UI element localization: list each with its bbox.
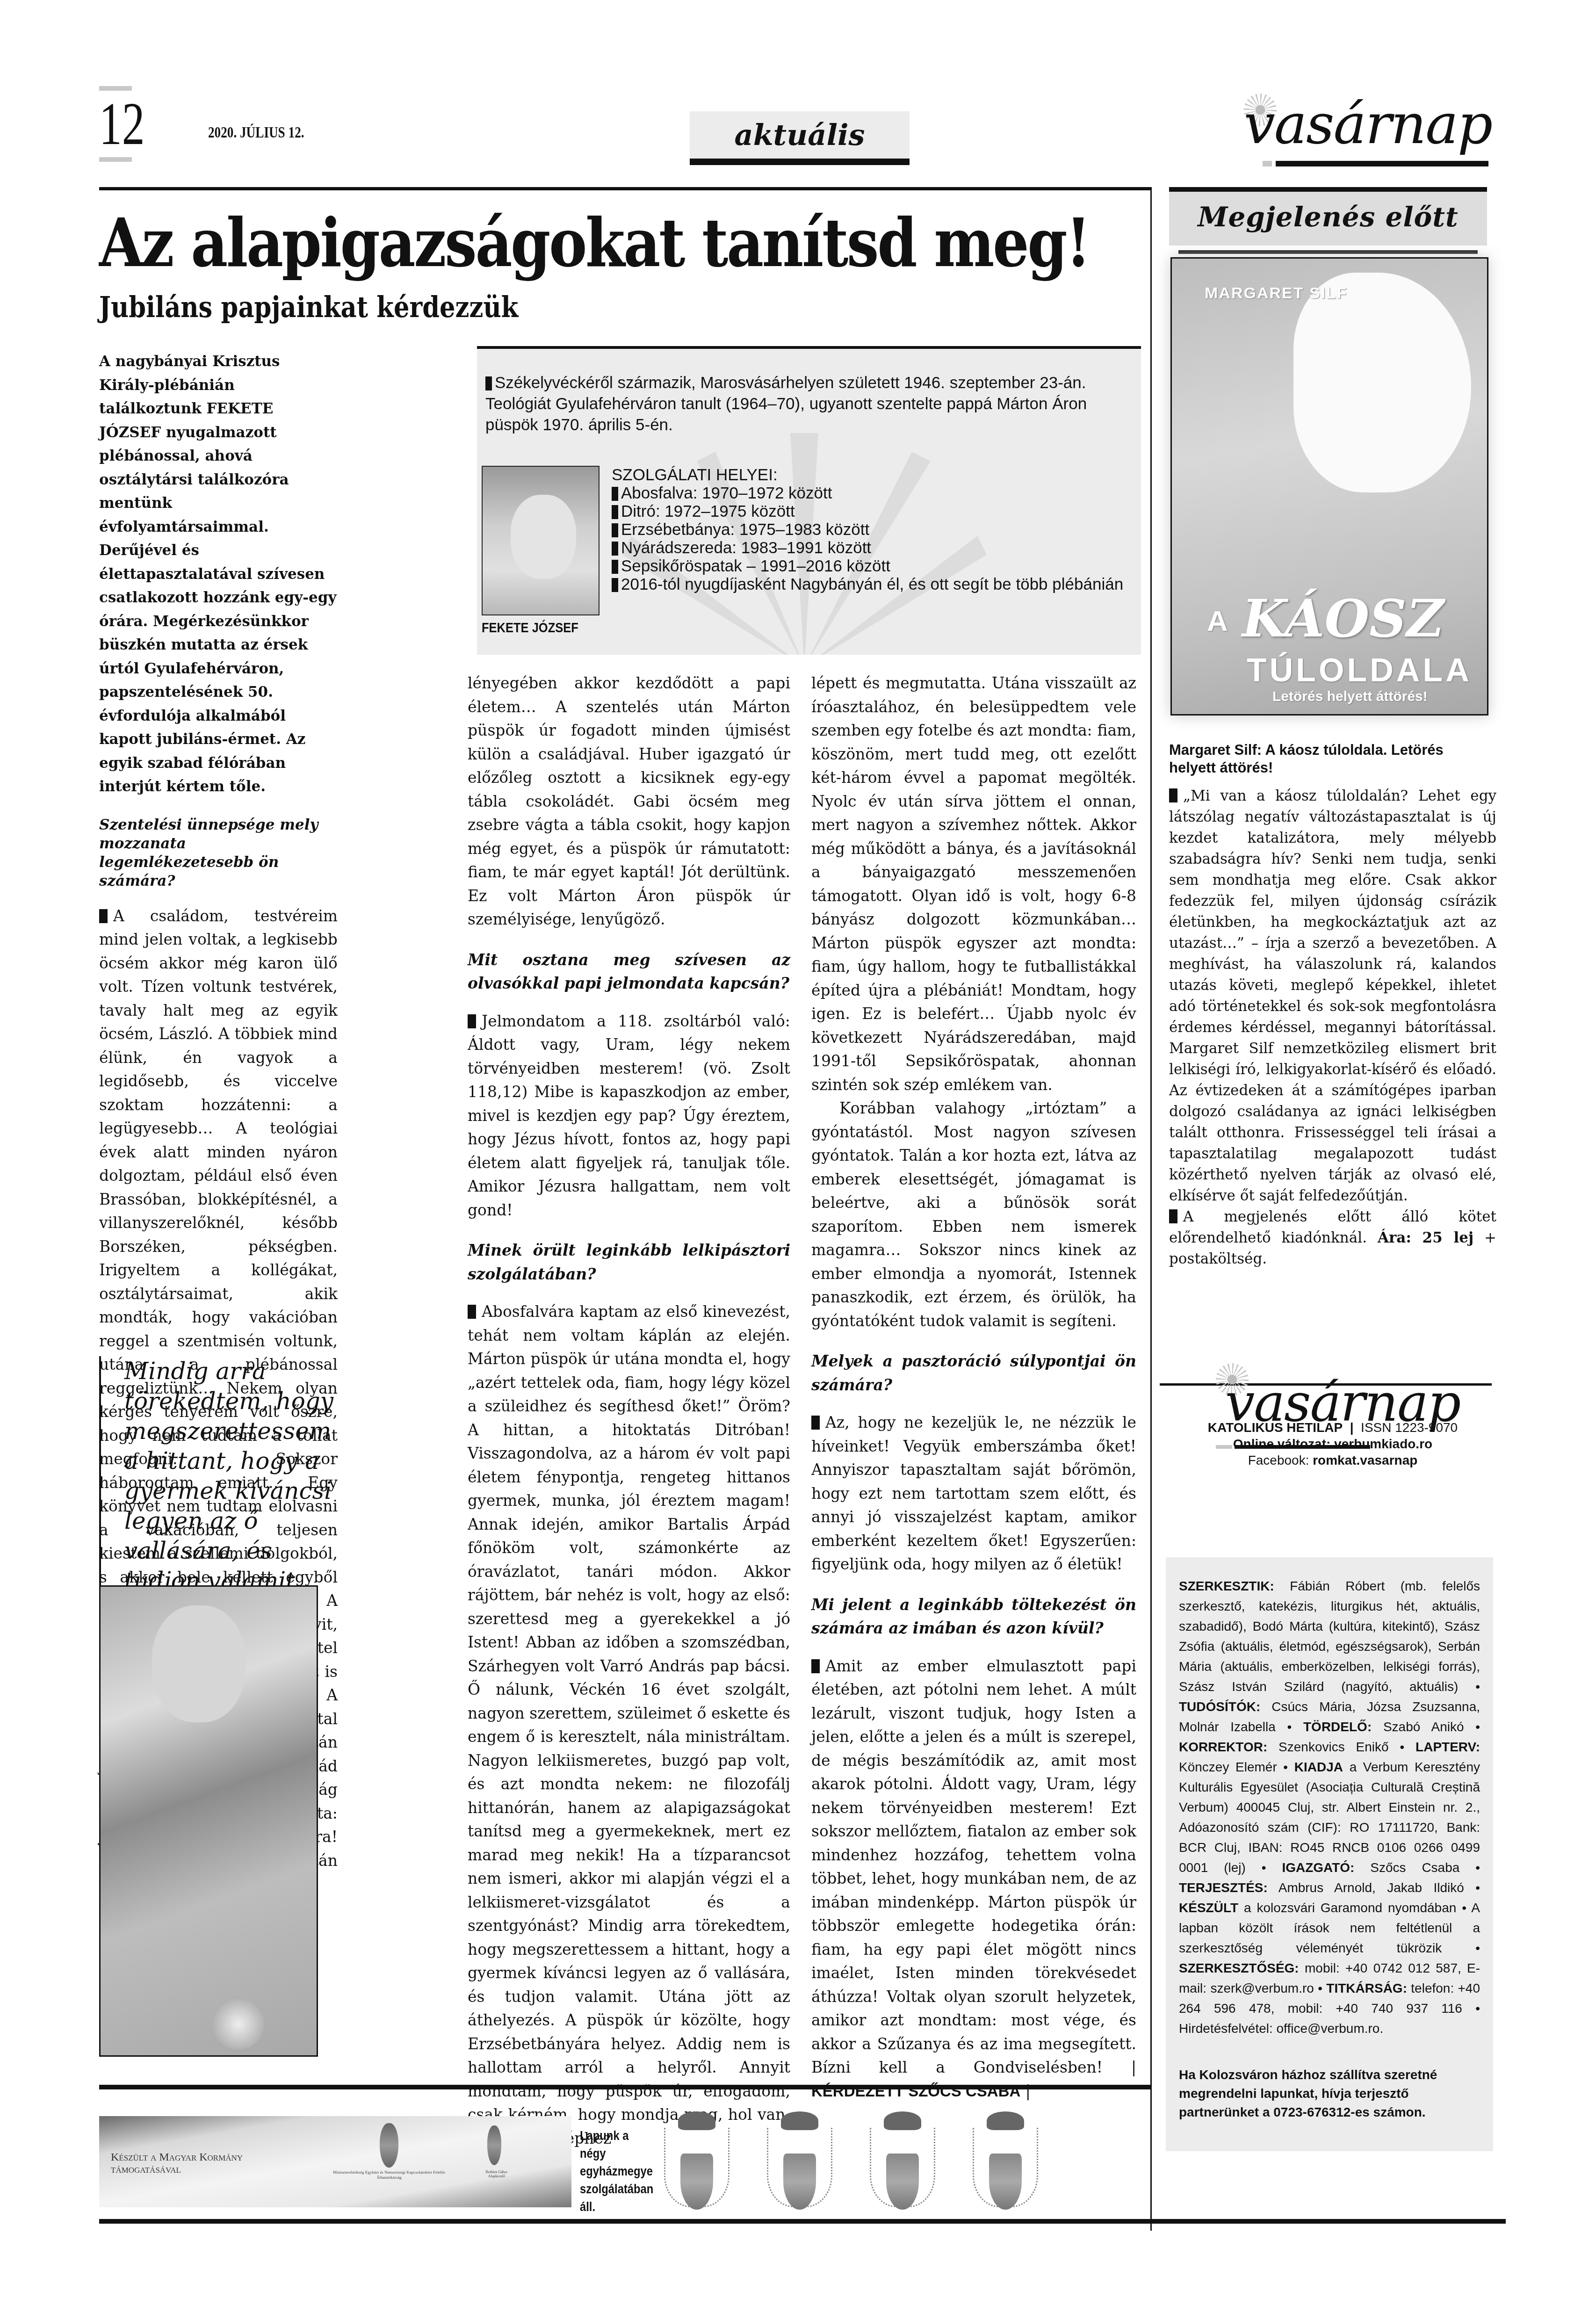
question-1: Szentelési ünnepsége mely mozzanata lege…	[99, 816, 338, 890]
service-places-list: SZOLGÁLATI HELYEI: Abosfalva: 1970–1972 …	[612, 466, 1135, 593]
book-description-text: „Mi van a káosz túloldalán? Lehet egy lá…	[1169, 788, 1496, 1204]
portrait-caption: FEKETE JÓZSEF	[482, 620, 578, 636]
bio-intro-text: Székelyvéckéről származik, Marosvásárhel…	[485, 374, 1087, 434]
page-number: 12	[99, 94, 145, 154]
photo-medal	[213, 1998, 264, 2050]
article-headline: Az alapigazságokat tanítsd meg!	[99, 206, 1089, 281]
facebook-line: Facebook: romkat.vasarnap	[1160, 1452, 1506, 1468]
book-title: Margaret Silf: A káosz túloldala. Letöré…	[1169, 741, 1492, 777]
service-place-item: Ditró: 1972–1975 között	[612, 502, 1135, 520]
portrait-photo	[482, 466, 599, 615]
government-support-text: Készült a Magyar Kormány támogatásával	[111, 2151, 251, 2175]
article-subhead: Jubiláns papjainkat kérdezzük	[99, 290, 518, 324]
question-3: Minek örült leginkább lelkipásztori szol…	[468, 1239, 790, 1286]
answer-5: Amit az ember elmulasztott papi életében…	[811, 1655, 1136, 2103]
section-label: aktuális	[690, 111, 910, 165]
imprint-box: SZERKESZTIK: Fábián Róbert (mb. felelős …	[1166, 1557, 1493, 2151]
paragraph-marker-icon	[485, 376, 492, 390]
newspaper-logo: vasárnap	[1244, 96, 1492, 152]
government-support-banner: Készült a Magyar Kormány támogatásával M…	[99, 2116, 571, 2207]
service-place-item: Sepsikőröspatak – 1991–2016 között	[612, 557, 1135, 575]
coat-of-arms-icon	[973, 2111, 1038, 2219]
bio-box: Székelyvéckéről származik, Marosvásárhel…	[477, 346, 1141, 655]
online-url-link[interactable]: verbumkiado.ro	[1334, 1437, 1432, 1451]
bethlen-logo-icon	[487, 2125, 501, 2165]
book-cover-image: MARGARET SILF A KÁOSZ TÚLOLDALA Letörés …	[1170, 257, 1488, 716]
service-places-title: SZOLGÁLATI HELYEI:	[612, 466, 1135, 484]
bethlen-text: Bethlen Gábor Alapkezelő	[478, 2170, 515, 2178]
pull-quote: Mindig arra törekedtem, hogy megszerette…	[99, 1356, 352, 1596]
coat-of-arms-icon	[664, 2111, 729, 2219]
section-label-text: aktuális	[734, 118, 865, 152]
footer-divider-top	[99, 2085, 1151, 2089]
header-deco-bar-bottom	[99, 157, 132, 162]
answer-4-text: Az, hogy ne kezeljük le, ne nézzük le hí…	[811, 1413, 1136, 1573]
article-column-2: lényegében akkor kezdődött a papi életem…	[468, 672, 790, 2150]
logo-underline	[1276, 161, 1488, 166]
question-5: Mi jelent a leginkább töltekezést ön szá…	[811, 1593, 1136, 1641]
ministry-text: Miniszterelnökség Egyházi és Nemzetiségi…	[324, 2170, 455, 2180]
service-place-item: 2016-tól nyugdíjasként Nagybányán él, és…	[612, 575, 1135, 593]
footer-divider-bottom	[99, 2219, 1506, 2224]
paragraph-marker-icon	[811, 1416, 820, 1430]
cover-title-a: A	[1207, 605, 1228, 638]
paragraph-marker-icon	[99, 909, 108, 923]
hungary-crest-icon	[380, 2123, 398, 2168]
photo-subject-face	[152, 1605, 246, 1722]
column-divider	[1150, 187, 1152, 2231]
answer-3-continued: lépett és megmutatta. Utána visszaült az…	[811, 672, 1136, 1097]
service-place-item: Erzsébetbánya: 1975–1983 között	[612, 520, 1135, 539]
logo-underline-grey	[1263, 161, 1272, 166]
answer-5-text: Amit az ember elmulasztott papi életében…	[811, 1657, 1136, 2077]
masthead-info: KATOLIKUS HETILAP | ISSN 1223-9070 Onlin…	[1160, 1419, 1506, 1468]
question-2: Mit osztana meg szívesen az olvasókkal p…	[468, 948, 790, 996]
sidebar-heading: Megjelenés előtt	[1169, 201, 1487, 233]
cover-author: MARGARET SILF	[1205, 284, 1348, 303]
price: Ára: 25 lej	[1378, 1229, 1473, 1246]
question-4: Melyek a pasztoráció súlypontjai ön szám…	[811, 1350, 1136, 1397]
answer-1-continued: lényegében akkor kezdődött a papi életem…	[468, 672, 790, 932]
sidebar-heading-underline	[1178, 250, 1478, 254]
delivery-note: Ha Kolozsváron házhoz szállítva szeretné…	[1179, 2066, 1480, 2122]
service-place-item: Abosfalva: 1970–1972 között	[612, 484, 1135, 502]
cover-title-kaosz: KÁOSZ	[1242, 588, 1444, 649]
paragraph-marker-icon	[468, 1014, 476, 1028]
answer-3-text: Abosfalvára kaptam az első kinevezést, t…	[468, 1302, 790, 2147]
article-column-3: lépett és megmutatta. Utána visszaült az…	[811, 672, 1136, 2103]
online-line: Online változat: verbumkiado.ro	[1160, 1436, 1506, 1452]
answer-2: Jelmondatom a 118. zsoltárból való: Áldo…	[468, 1010, 790, 1222]
article-lead: A nagybányai Krisztus Király-plébánián t…	[99, 350, 338, 799]
portrait-face	[511, 495, 576, 579]
coat-of-arms-icon	[767, 2111, 832, 2219]
header-divider	[99, 187, 1151, 190]
article-photo	[99, 1585, 318, 2057]
sidebar-heading-box: Megjelenés előtt	[1169, 187, 1487, 246]
facebook-link[interactable]: romkat.vasarnap	[1313, 1453, 1417, 1467]
book-description: „Mi van a káosz túloldalán? Lehet egy lá…	[1169, 786, 1496, 1270]
answer-2-text: Jelmondatom a 118. zsoltárból való: Áldo…	[468, 1012, 790, 1219]
dove-shape	[1293, 273, 1471, 492]
paragraph-marker-icon	[1169, 1209, 1177, 1223]
imprint-text: SZERKESZTIK: Fábián Róbert (mb. felelős …	[1179, 1576, 1480, 2038]
cover-subtitle: Letörés helyett áttörés!	[1272, 689, 1428, 705]
paragraph-marker-icon	[1169, 788, 1177, 802]
masthead-type-line: KATOLIKUS HETILAP | ISSN 1223-9070	[1160, 1419, 1506, 1436]
bio-intro: Székelyvéckéről származik, Marosvásárhel…	[485, 372, 1131, 435]
issue-date: 2020. JÚLIUS 12.	[208, 124, 304, 142]
coat-of-arms-icon	[870, 2111, 935, 2219]
cover-title-tuloldala: TÚLOLDALA	[1247, 651, 1472, 689]
paragraph-marker-icon	[468, 1305, 476, 1319]
diocese-note: Lapunk a négy egyházmegye szolgálatában …	[580, 2127, 643, 2216]
answer-3-paragraph-2: Korábban valahogy „irtóztam” a gyóntatás…	[811, 1097, 1136, 1333]
answer-4: Az, hogy ne kezeljük le, ne nézzük le hí…	[811, 1411, 1136, 1576]
paragraph-marker-icon	[811, 1659, 820, 1673]
answer-3: Abosfalvára kaptam az első kinevezést, t…	[468, 1300, 790, 2150]
service-place-item: Nyárádszereda: 1983–1991 között	[612, 539, 1135, 557]
